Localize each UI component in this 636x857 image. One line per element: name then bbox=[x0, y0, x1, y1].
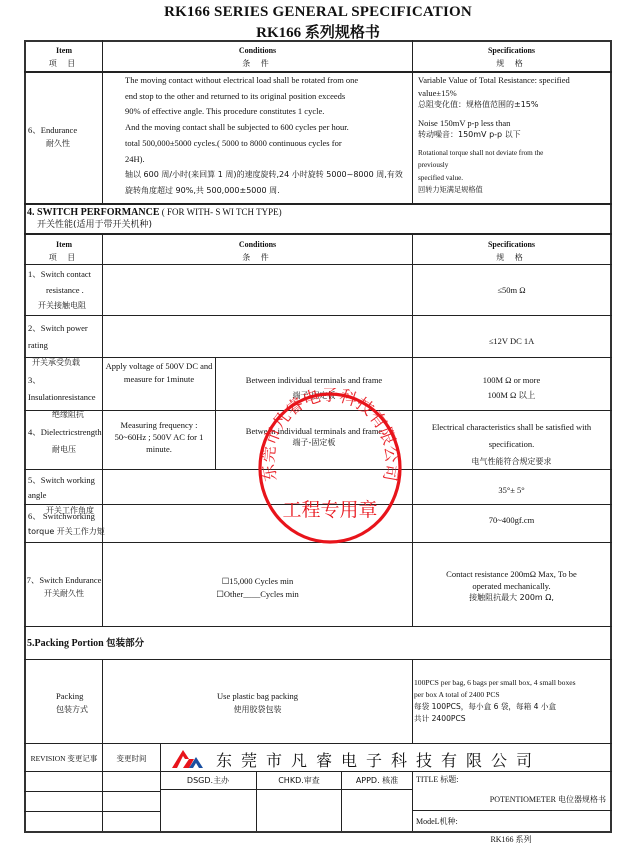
endurance-spec-line: specified value. bbox=[418, 172, 610, 185]
endurance-spec-line: Noise 150mV p-p less than bbox=[418, 117, 610, 130]
column-header-conditions: Conditions 条 件 bbox=[103, 44, 412, 70]
switch-row-5-spec: 35°± 5° bbox=[413, 484, 610, 497]
switch-row-4-spec: Electrical characteristics shall be sati… bbox=[413, 419, 610, 470]
document-title-cn: RK166 系列规格书 bbox=[0, 21, 636, 42]
company-banner: 东莞市凡睿电子科技有限公司 bbox=[170, 746, 610, 770]
svg-text:工程专用章: 工程专用章 bbox=[282, 499, 377, 521]
switch-row-6-item: 6、 Switchworking torque 开关工作力矩 bbox=[28, 508, 108, 540]
endurance-spec-line: 转动噪音：150mV p-p 以下 bbox=[418, 129, 610, 142]
endurance-spec-line: Rotational torque shall not deviate from… bbox=[418, 147, 610, 160]
endurance-condition-line: end stop to the other and returned to it… bbox=[125, 89, 412, 105]
switch-row-3-condition-a: Apply voltage of 500V DC and measure for… bbox=[103, 360, 215, 386]
switch-row-4-condition-b: Between individual terminals and frame 端… bbox=[216, 425, 412, 449]
endurance-condition-line: 90% of effective angle. This procedure c… bbox=[125, 104, 412, 120]
endurance-spec-line: previously bbox=[418, 159, 610, 172]
company-logo-icon bbox=[172, 747, 204, 769]
switch-row-7-spec: Contact resistance 200mΩ Max, To be oper… bbox=[413, 568, 610, 604]
switch-row-2-spec: ≤12V DC 1A bbox=[413, 335, 610, 348]
switch-row-2-item: 2、Switch power rating 开关承受负载 bbox=[28, 320, 102, 371]
switch-row-3-item: 3、Insulationresistance 绝缘阻抗 bbox=[28, 372, 102, 423]
packing-conditions: Use plastic bag packing 使用胶袋包装 bbox=[103, 689, 412, 717]
column-header-item: Item 项 目 bbox=[26, 44, 102, 70]
endurance-conditions: The moving contact without electrical lo… bbox=[125, 73, 412, 199]
endurance-spec-line: 总阻变化值：规格值范围的±15% bbox=[418, 99, 610, 112]
endurance-spec-line: value±15% bbox=[418, 87, 610, 100]
switch-row-4-condition-a: Measuring frequency : 50~60Hz ; 500V AC … bbox=[103, 419, 215, 455]
endurance-condition-line: And the moving contact shall be subjecte… bbox=[125, 120, 412, 136]
switch-row-3-spec: 100M Ω or more 100M Ω 以上 bbox=[413, 373, 610, 403]
endurance-condition-line: 旋转角度超过 90%,共 500,000±5000 周. bbox=[125, 183, 412, 199]
checkbox-other-cycles[interactable]: ☐Other____Cycles min bbox=[103, 588, 412, 601]
column-header-specifications: Specifications 规 格 bbox=[413, 44, 610, 70]
packing-item: Packing 包装方式 bbox=[56, 689, 102, 717]
endurance-condition-line: 轴以 600 周/小时(来回算 1 周)的速度旋转,24 小时旋转 5000~8… bbox=[125, 167, 412, 183]
endurance-specifications: Variable Value of Total Resistance: spec… bbox=[418, 74, 610, 197]
endurance-spec-line: Variable Value of Total Resistance: spec… bbox=[418, 74, 610, 87]
switch-performance-section-title: 4. SWITCH PERFORMANCE ( FOR WITH- S WI T… bbox=[27, 206, 607, 231]
chkd-label: CHKD.审查 bbox=[257, 774, 341, 787]
title-value: POTENTIOMETER 电位器规格书 bbox=[416, 793, 606, 806]
endurance-condition-line: 24H). bbox=[125, 152, 412, 168]
switch-row-1-spec: ≤50m Ω bbox=[413, 284, 610, 297]
change-time-label: 变更时间 bbox=[103, 752, 160, 765]
model-value: RK166 系列 bbox=[412, 833, 610, 846]
model-label: ModeL机种: bbox=[416, 815, 610, 828]
document-title-en: RK166 SERIES GENERAL SPECIFICATION bbox=[0, 4, 636, 21]
endurance-condition-line: The moving contact without electrical lo… bbox=[125, 73, 412, 89]
company-name: 东莞市凡睿电子科技有限公司 bbox=[216, 748, 541, 771]
switch-row-6-spec: 70~400gf.cm bbox=[413, 514, 610, 527]
switch-row-3-condition-b: Between individual terminals and frame 端… bbox=[216, 373, 412, 403]
switch-header-item: Item 项 目 bbox=[26, 238, 102, 264]
title-label: TITLE 标题: bbox=[416, 773, 610, 786]
dsgd-label: DSGD.主办 bbox=[160, 774, 256, 787]
packing-section-title: 5.Packing Portion 包装部分 bbox=[27, 637, 327, 650]
switch-header-conditions: Conditions 条 件 bbox=[103, 238, 412, 264]
endurance-item: 6、Endurance 耐久性 bbox=[28, 124, 102, 150]
switch-row-4-item: 4、Dielectricstrength 耐电压 bbox=[28, 424, 102, 458]
endurance-condition-line: total 500,000±5000 cycles.( 5000 to 8000… bbox=[125, 136, 412, 152]
revision-label: REVISION 变更记事 bbox=[26, 752, 102, 765]
switch-row-7-item: 7、Switch Endurance 开关耐久性 bbox=[26, 574, 102, 600]
endurance-spec-line: 回转力矩满足规格值 bbox=[418, 184, 610, 197]
appd-label: APPD. 核准 bbox=[342, 774, 412, 787]
packing-specifications: 100PCS per bag, 6 bags per small box, 4 … bbox=[414, 677, 612, 725]
switch-row-1-item: 1、Switch contact resistance . 开关接触电阻 bbox=[28, 266, 102, 314]
switch-row-7-conditions: ☐15,000 Cycles min ☐Other____Cycles min bbox=[103, 575, 412, 601]
company-seal-stamp: 东莞市凡睿电子科技有限公司 工程专用章 bbox=[255, 388, 405, 546]
checkbox-15000-cycles[interactable]: ☐15,000 Cycles min bbox=[103, 575, 412, 588]
switch-header-specifications: Specifications 规 格 bbox=[413, 238, 610, 264]
